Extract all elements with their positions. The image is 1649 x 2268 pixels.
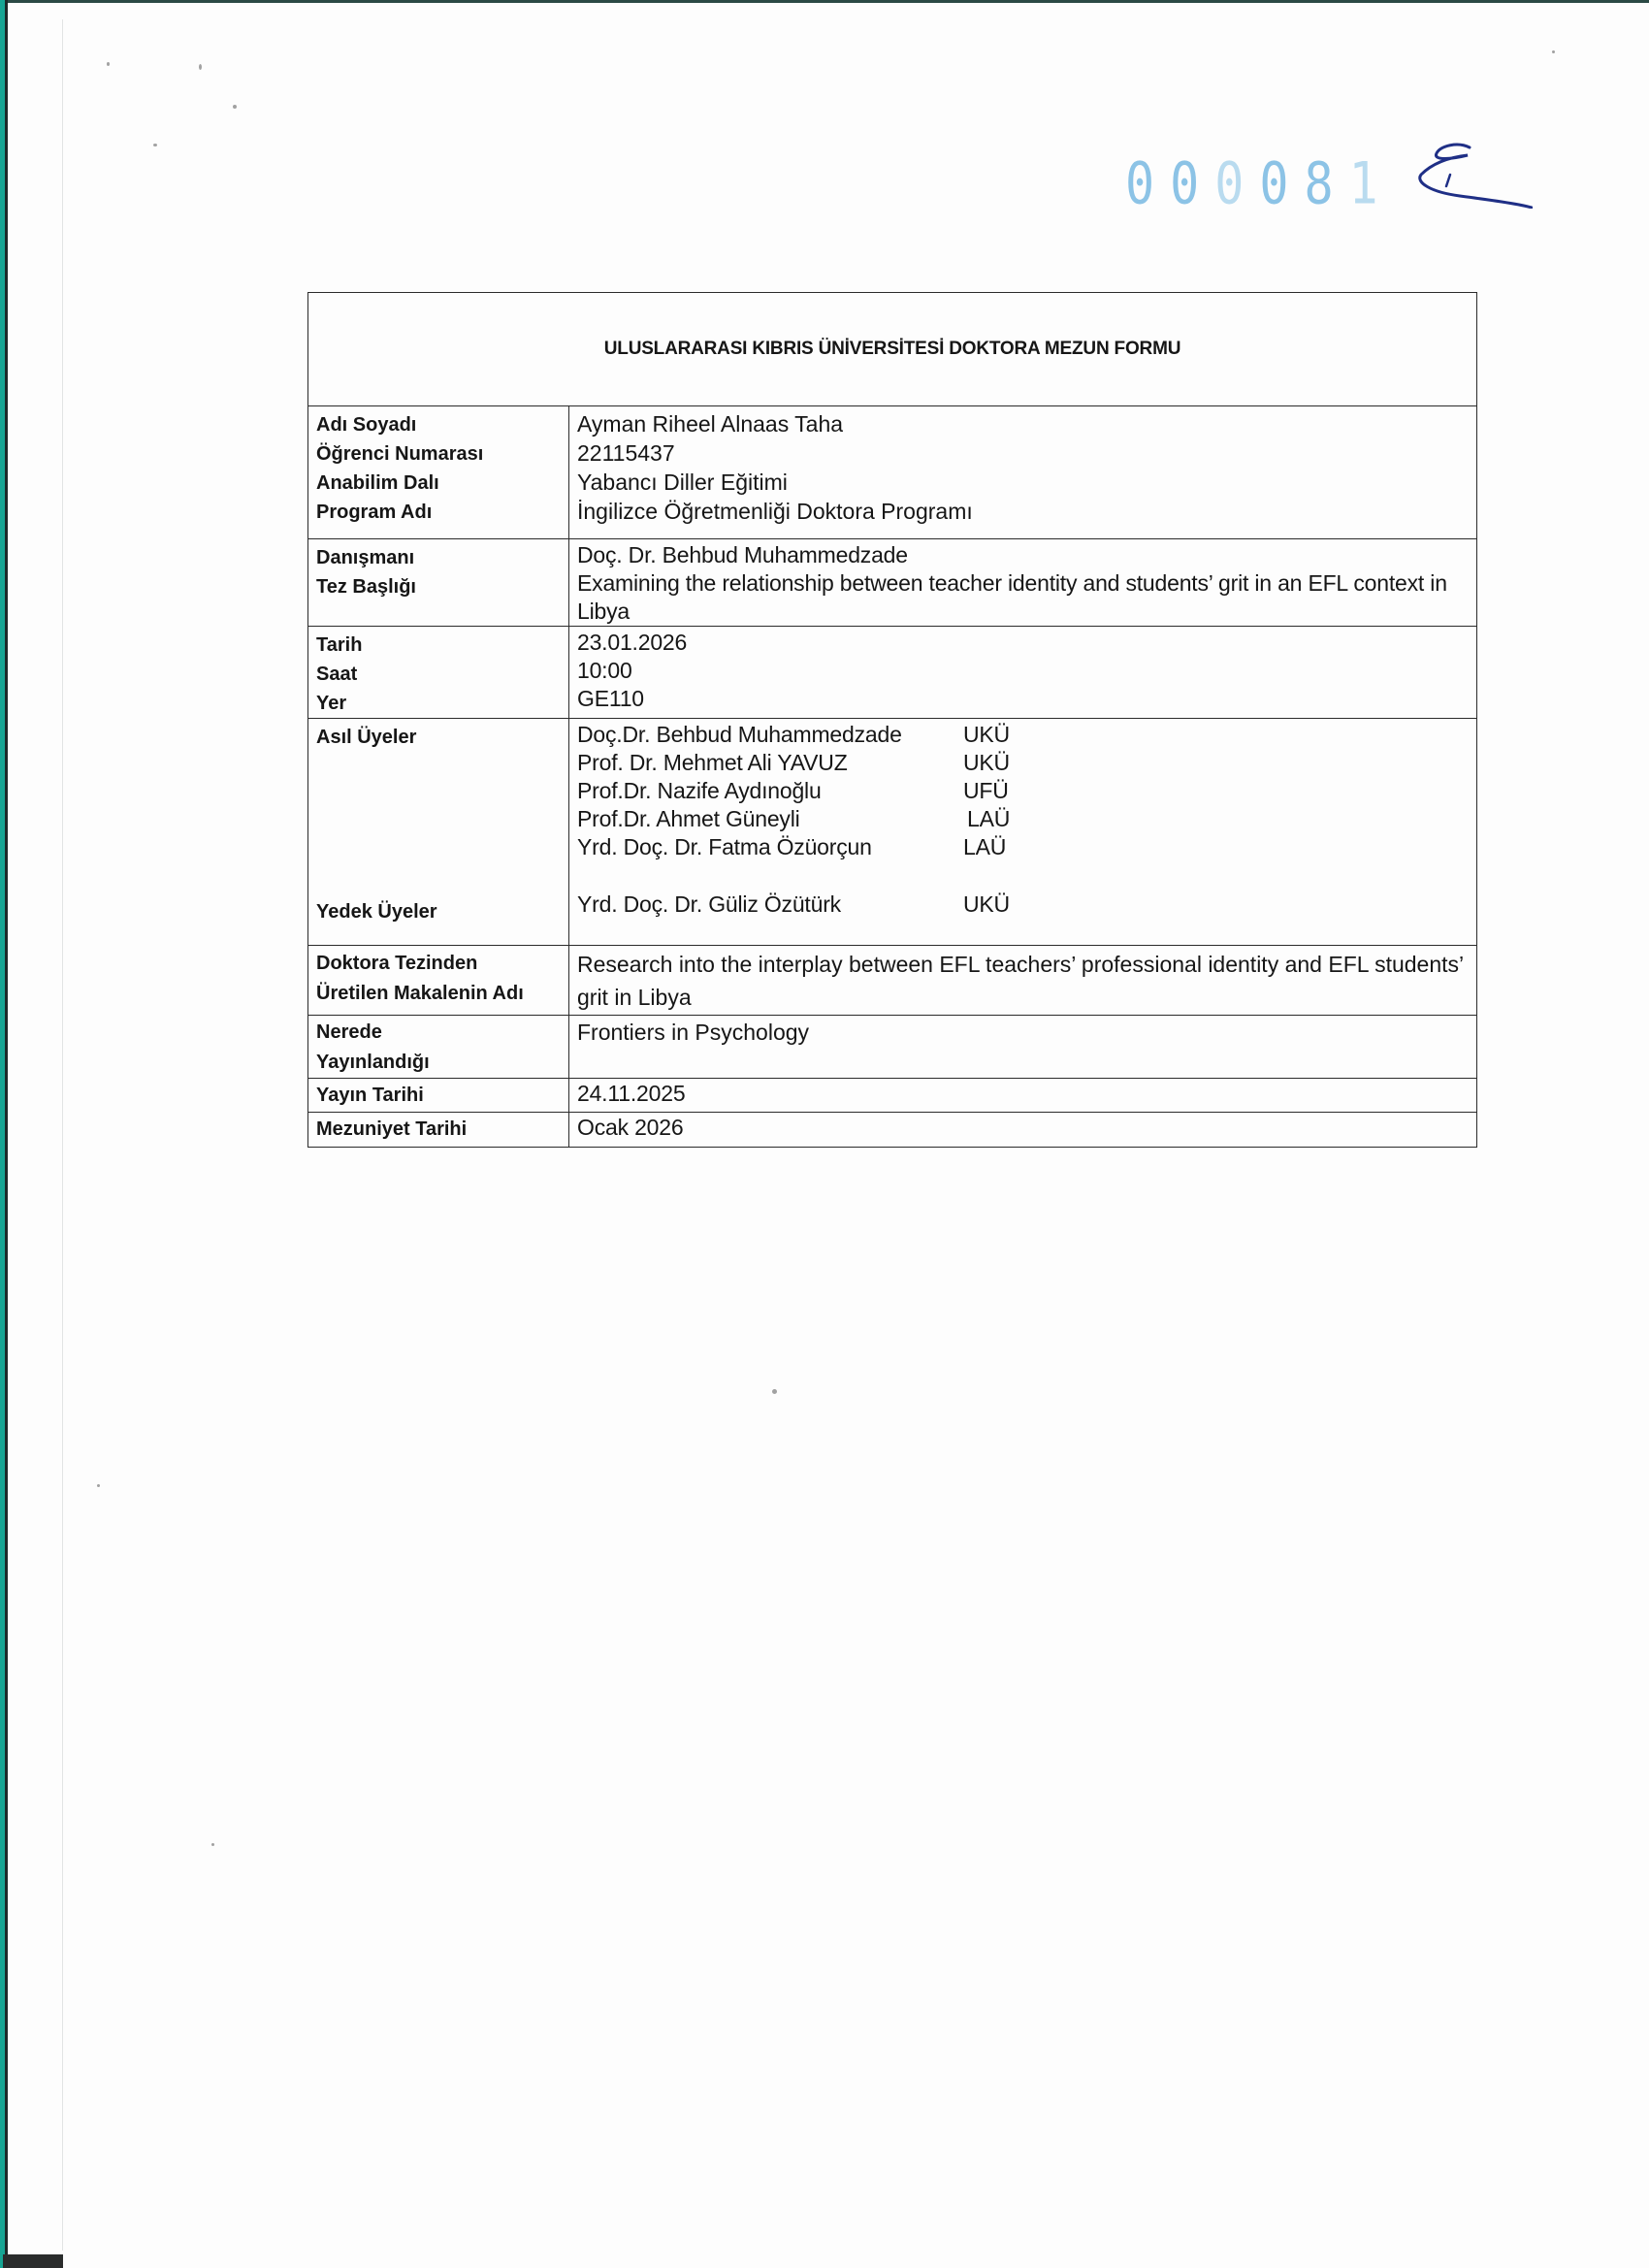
student-values-cell: Ayman Riheel Alnaas Taha 22115437 Yabanc…	[569, 406, 1477, 539]
label-advisor: Danışmanı	[316, 543, 561, 572]
value-time: 10:00	[577, 657, 1469, 685]
committee-labels-cell: Asıl Üyeler Yedek Üyeler	[308, 719, 569, 946]
reserve-member: Yrd. Doç. Dr. Güliz Özütürk UKÜ	[577, 891, 1469, 919]
label-published-where-line2: Yayınlandığı	[316, 1048, 561, 1078]
student-labels-cell: Adı Soyadı Öğrenci Numarası Anabilim Dal…	[308, 406, 569, 539]
scan-edge-top	[0, 0, 1649, 3]
value-advisor: Doç. Dr. Behbud Muhammedzade	[577, 541, 1469, 569]
student-info-row: Adı Soyadı Öğrenci Numarası Anabilim Dal…	[308, 406, 1477, 539]
member-university: LAÜ	[963, 805, 1025, 833]
label-reserve-members: Yedek Üyeler	[316, 897, 561, 926]
label-published-where-line1: Nerede	[316, 1018, 561, 1048]
stamp-digit: 0	[1259, 149, 1304, 217]
member-name: Yrd. Doç. Dr. Güliz Özütürk	[577, 891, 963, 919]
label-student-number: Öğrenci Numarası	[316, 439, 561, 469]
member-university: UKÜ	[963, 749, 1021, 777]
committee-row: Asıl Üyeler Yedek Üyeler Doç.Dr. Behbud …	[308, 719, 1477, 946]
value-name: Ayman Riheel Alnaas Taha	[577, 409, 1469, 438]
stamp-digit: 8	[1304, 149, 1348, 217]
stamp-digit: 1	[1349, 149, 1394, 217]
value-date: 23.01.2026	[577, 629, 1469, 657]
thesis-values-cell: Doç. Dr. Behbud Muhammedzade Examining t…	[569, 539, 1477, 627]
committee-member: Yrd. Doç. Dr. Fatma Özüorçun LAÜ	[577, 833, 1469, 861]
article-labels-cell: Doktora Tezinden Üretilen Makalenin Adı	[308, 946, 569, 1016]
label-article-line2: Üretilen Makalenin Adı	[316, 979, 561, 1009]
document-number-stamp: 000081	[1125, 149, 1394, 217]
committee-member: Prof. Dr. Mehmet Ali YAVUZ UKÜ	[577, 749, 1469, 777]
label-date: Tarih	[316, 631, 561, 660]
published-where-value-cell: Frontiers in Psychology	[569, 1016, 1477, 1079]
member-name: Doç.Dr. Behbud Muhammedzade	[577, 721, 963, 749]
graduate-form-table: ULUSLARARASI KIBRIS ÜNİVERSİTESİ DOKTORA…	[307, 292, 1477, 1148]
defense-labels-cell: Tarih Saat Yer	[308, 627, 569, 719]
member-name: Yrd. Doç. Dr. Fatma Özüorçun	[577, 833, 963, 861]
value-program: İngilizce Öğretmenliği Doktora Programı	[577, 497, 1469, 526]
scan-speck	[153, 144, 157, 146]
member-name: Prof. Dr. Mehmet Ali YAVUZ	[577, 749, 963, 777]
graduation-date-label-cell: Mezuniyet Tarihi	[308, 1113, 569, 1148]
form-title: ULUSLARARASI KIBRIS ÜNİVERSİTESİ DOKTORA…	[308, 293, 1477, 406]
label-article-line1: Doktora Tezinden	[316, 949, 561, 979]
value-graduation-date: Ocak 2026	[569, 1113, 1476, 1142]
label-department: Anabilim Dalı	[316, 469, 561, 498]
scan-speck	[97, 1484, 100, 1487]
defense-values-cell: 23.01.2026 10:00 GE110	[569, 627, 1477, 719]
publication-date-row: Yayın Tarihi 24.11.2025	[308, 1079, 1477, 1113]
publication-date-value-cell: 24.11.2025	[569, 1079, 1477, 1113]
paper-edge-shadow	[62, 19, 63, 2251]
value-thesis-title: Examining the relationship between teach…	[577, 569, 1469, 626]
value-location: GE110	[577, 685, 1469, 713]
label-program: Program Adı	[316, 498, 561, 527]
committee-member: Doç.Dr. Behbud Muhammedzade UKÜ	[577, 721, 1469, 749]
committee-member: Prof.Dr. Nazife Aydınoğlu UFÜ	[577, 777, 1469, 805]
stamp-digit: 0	[1125, 149, 1170, 217]
article-row: Doktora Tezinden Üretilen Makalenin Adı …	[308, 946, 1477, 1016]
scan-edge-inner	[5, 0, 8, 2268]
publication-date-label-cell: Yayın Tarihi	[308, 1079, 569, 1113]
scan-speck	[1552, 50, 1555, 53]
scan-speck	[211, 1843, 214, 1846]
thesis-labels-cell: Danışmanı Tez Başlığı	[308, 539, 569, 627]
member-university: UFÜ	[963, 777, 1021, 805]
label-publication-date: Yayın Tarihi	[308, 1079, 568, 1110]
committee-member: Prof.Dr. Ahmet Güneyli LAÜ	[577, 805, 1469, 833]
member-university: LAÜ	[963, 833, 1021, 861]
stamp-digit: 0	[1170, 149, 1214, 217]
value-article-title: Research into the interplay between EFL …	[577, 948, 1469, 1014]
value-journal: Frontiers in Psychology	[577, 1018, 1469, 1047]
defense-row: Tarih Saat Yer 23.01.2026 10:00 GE110	[308, 627, 1477, 719]
scanner-corner-mark	[3, 2254, 63, 2268]
committee-values-cell: Doç.Dr. Behbud Muhammedzade UKÜ Prof. Dr…	[569, 719, 1477, 946]
article-values-cell: Research into the interplay between EFL …	[569, 946, 1477, 1016]
label-thesis-title: Tez Başlığı	[316, 572, 561, 601]
thesis-row: Danışmanı Tez Başlığı Doç. Dr. Behbud Mu…	[308, 539, 1477, 627]
value-publication-date: 24.11.2025	[569, 1079, 1476, 1108]
member-name: Prof.Dr. Ahmet Güneyli	[577, 805, 963, 833]
signature-icon	[1411, 136, 1533, 209]
label-name: Adı Soyadı	[316, 410, 561, 439]
value-student-number: 22115437	[577, 438, 1469, 468]
label-main-members: Asıl Üyeler	[316, 723, 561, 752]
graduation-date-row: Mezuniyet Tarihi Ocak 2026	[308, 1113, 1477, 1148]
published-where-row: Nerede Yayınlandığı Frontiers in Psychol…	[308, 1016, 1477, 1079]
member-university: UKÜ	[963, 891, 1021, 919]
scan-speck	[199, 64, 202, 70]
stamp-digit: 0	[1214, 149, 1259, 217]
scan-speck	[107, 62, 110, 66]
scan-speck	[233, 105, 237, 109]
label-graduation-date: Mezuniyet Tarihi	[308, 1113, 568, 1144]
published-where-labels-cell: Nerede Yayınlandığı	[308, 1016, 569, 1079]
label-time: Saat	[316, 660, 561, 689]
form-title-row: ULUSLARARASI KIBRIS ÜNİVERSİTESİ DOKTORA…	[308, 293, 1477, 406]
label-location: Yer	[316, 689, 561, 718]
member-university: UKÜ	[963, 721, 1021, 749]
graduation-date-value-cell: Ocak 2026	[569, 1113, 1477, 1148]
member-name: Prof.Dr. Nazife Aydınoğlu	[577, 777, 963, 805]
value-department: Yabancı Diller Eğitimi	[577, 468, 1469, 497]
scan-speck	[772, 1389, 777, 1394]
